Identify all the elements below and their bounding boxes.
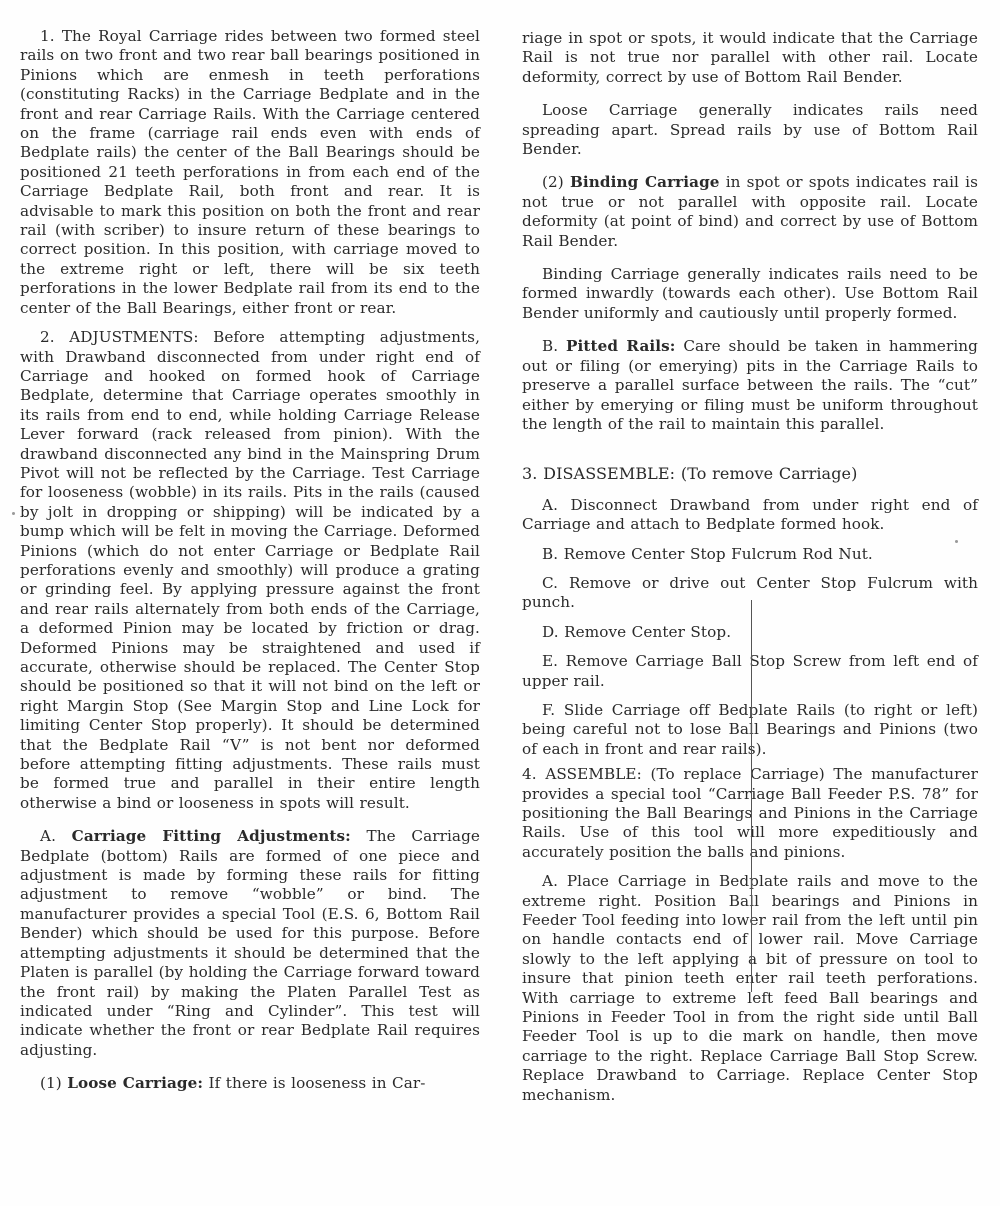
assemble-step-a: A. Place Carriage in Bedplate rails and …	[522, 872, 978, 1105]
pitted-label: B.	[542, 337, 566, 355]
section-2a-body: The Carriage Bedplate (bottom) Rails are…	[20, 827, 480, 1058]
right-column: riage in spot or spots, it would indicat…	[522, 29, 978, 1115]
section-4-assemble-paragraph: 4. ASSEMBLE: (To replace Carriage) The m…	[522, 765, 978, 862]
loose-carriage-continuation: riage in spot or spots, it would indicat…	[522, 29, 978, 87]
pitted-rails-paragraph: B. Pitted Rails: Care should be taken in…	[522, 337, 978, 434]
binding-carriage-paragraph: (2) Binding Carriage in spot or spots in…	[522, 173, 978, 251]
disassemble-step-c: C. Remove or drive out Center Stop Fulcr…	[522, 574, 978, 613]
left-column: 1. The Royal Carriage rides between two …	[20, 27, 480, 1104]
section-1-paragraph: 1. The Royal Carriage rides between two …	[20, 27, 480, 318]
disassemble-step-e: E. Remove Carriage Ball Stop Screw from …	[522, 652, 978, 691]
disassemble-step-a: A. Disconnect Drawband from under right …	[522, 496, 978, 535]
section-2a-label: A.	[40, 827, 72, 845]
document-page: 1. The Royal Carriage rides between two …	[0, 0, 1000, 1206]
disassemble-step-b: B. Remove Center Stop Fulcrum Rod Nut.	[522, 545, 978, 564]
section-2a1-label: (1)	[40, 1074, 67, 1092]
scan-speck	[955, 540, 958, 543]
pitted-title: Pitted Rails:	[566, 337, 676, 355]
scan-artifact-line	[751, 600, 752, 992]
section-2a-carriage-fitting-paragraph: A. Carriage Fitting Adjustments: The Car…	[20, 827, 480, 1060]
section-2a1-loose-carriage-paragraph: (1) Loose Carriage: If there is loosenes…	[20, 1074, 480, 1093]
disassemble-step-f: F. Slide Carriage off Bedplate Rails (to…	[522, 701, 978, 759]
section-2a1-body: If there is looseness in Car-	[203, 1074, 425, 1092]
loose-carriage-note: Loose Carriage generally indicates rails…	[522, 101, 978, 159]
scan-speck	[12, 512, 15, 515]
section-2-adjustments-paragraph: 2. ADJUSTMENTS: Before attempting adjust…	[20, 328, 480, 813]
section-2a1-title: Loose Carriage:	[67, 1074, 203, 1092]
binding-carriage-note: Binding Carriage generally indicates rai…	[522, 265, 978, 323]
section-3-disassemble-heading: 3. DISASSEMBLE: (To remove Carriage)	[522, 464, 978, 483]
disassemble-step-d: D. Remove Center Stop.	[522, 623, 978, 642]
binding-title: Binding Carriage	[570, 173, 720, 191]
section-2a-title: Carriage Fitting Adjustments:	[72, 827, 351, 845]
binding-label: (2)	[542, 173, 570, 191]
